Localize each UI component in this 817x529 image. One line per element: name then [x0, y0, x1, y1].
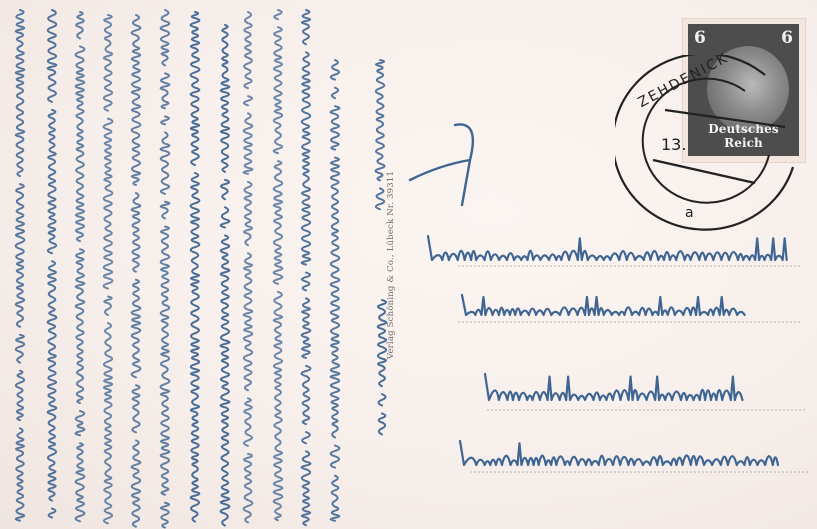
stamp-value-left: 6	[694, 28, 706, 48]
postcard-back: Liebe Olga! Verlag Schöning & Co., Lübec…	[0, 0, 817, 529]
stamp-value-right: 6	[781, 28, 793, 48]
postmark-letter: a	[685, 205, 694, 221]
postmark-date: 13.	[661, 135, 686, 154]
postmark-cancel	[615, 55, 815, 245]
